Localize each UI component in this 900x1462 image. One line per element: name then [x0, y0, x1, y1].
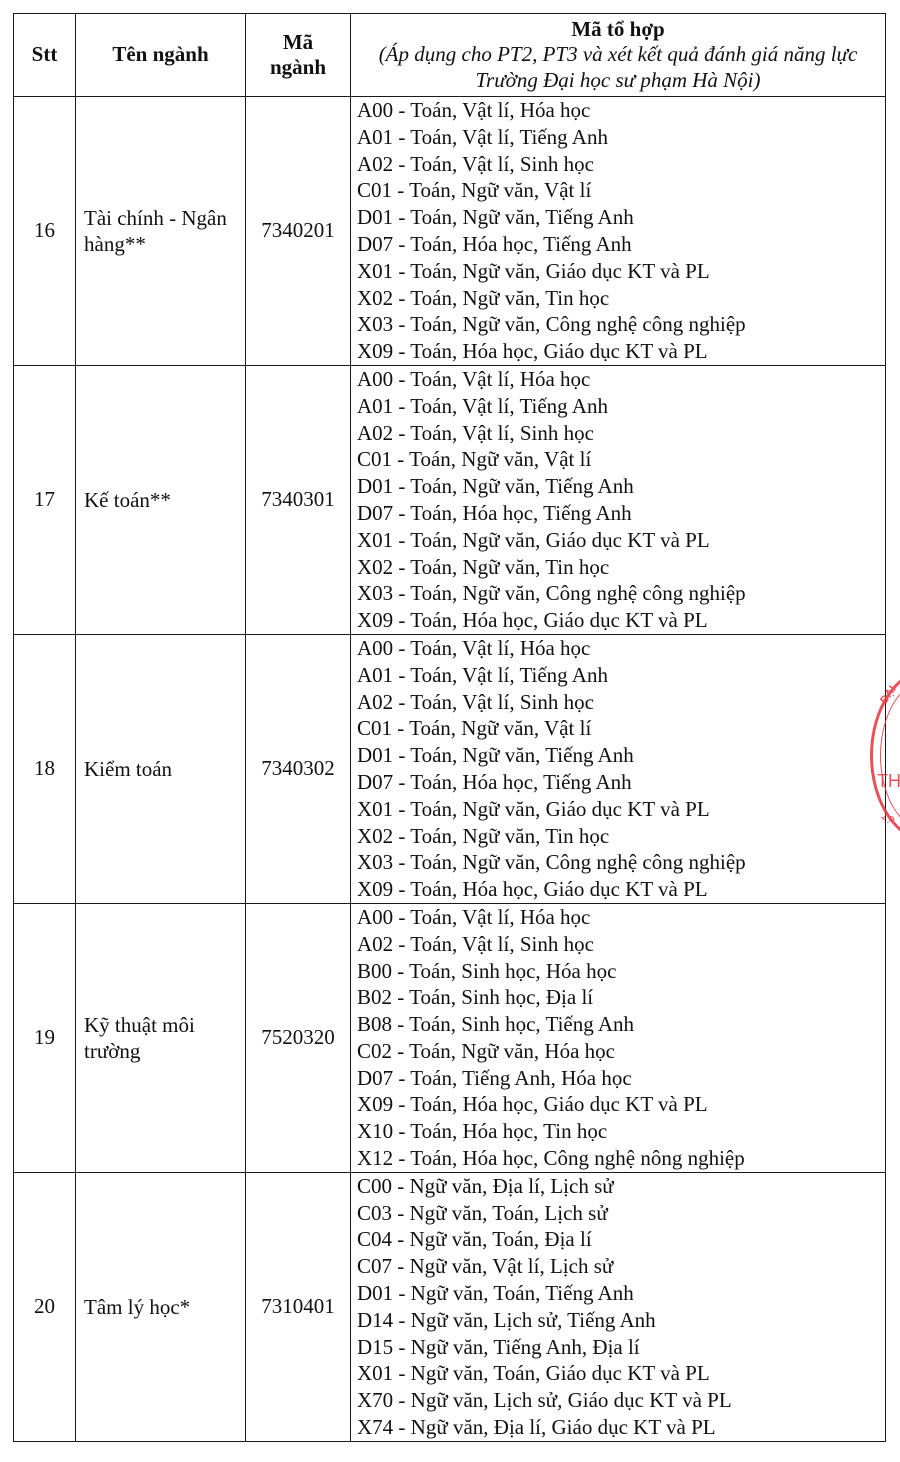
combo-item: D01 - Toán, Ngữ văn, Tiếng Anh [357, 742, 885, 769]
admissions-table: Stt Tên ngành Mã ngành Mã tổ hợp (Áp dụn… [13, 13, 886, 1442]
combo-item: C03 - Ngữ văn, Toán, Lịch sử [357, 1200, 885, 1227]
combo-item: X01 - Toán, Ngữ văn, Giáo dục KT và PL [357, 527, 885, 554]
combo-item: X03 - Toán, Ngữ văn, Công nghệ công nghi… [357, 580, 885, 607]
combo-item: X10 - Toán, Hóa học, Tin học [357, 1118, 885, 1145]
combo-item: C02 - Toán, Ngữ văn, Hóa học [357, 1038, 885, 1065]
combo-item: C07 - Ngữ văn, Vật lí, Lịch sử [357, 1253, 885, 1280]
combo-item: C01 - Toán, Ngữ văn, Vật lí [357, 446, 885, 473]
combo-item: X09 - Toán, Hóa học, Giáo dục KT và PL [357, 338, 885, 365]
combo-item: A02 - Toán, Vật lí, Sinh học [357, 420, 885, 447]
cell-major-code: 7340302 [246, 634, 351, 903]
combo-item: X70 - Ngữ văn, Lịch sử, Giáo dục KT và P… [357, 1387, 885, 1414]
combo-item: X09 - Toán, Hóa học, Giáo dục KT và PL [357, 876, 885, 903]
header-row: Stt Tên ngành Mã ngành Mã tổ hợp (Áp dụn… [14, 14, 886, 97]
combo-item: D14 - Ngữ văn, Lịch sử, Tiếng Anh [357, 1307, 885, 1334]
combo-item: A02 - Toán, Vật lí, Sinh học [357, 151, 885, 178]
header-combo-title: Mã tổ hợp [351, 17, 885, 41]
cell-stt: 17 [14, 365, 76, 634]
combo-item: B00 - Toán, Sinh học, Hóa học [357, 958, 885, 985]
header-code: Mã ngành [246, 14, 351, 97]
combo-item: D15 - Ngữ văn, Tiếng Anh, Địa lí [357, 1334, 885, 1361]
combo-item: A01 - Toán, Vật lí, Tiếng Anh [357, 124, 885, 151]
cell-major-code: 7520320 [246, 903, 351, 1172]
combo-item: D01 - Ngữ văn, Toán, Tiếng Anh [357, 1280, 885, 1307]
cell-stt: 18 [14, 634, 76, 903]
combo-item: A00 - Toán, Vật lí, Hóa học [357, 97, 885, 124]
header-combo: Mã tổ hợp (Áp dụng cho PT2, PT3 và xét k… [351, 14, 886, 97]
table-row: 17Kế toán**7340301A00 - Toán, Vật lí, Hó… [14, 365, 886, 634]
combo-item: X01 - Toán, Ngữ văn, Giáo dục KT và PL [357, 796, 885, 823]
table-row: 16Tài chính - Ngân hàng**7340201A00 - To… [14, 97, 886, 366]
combo-item: X02 - Toán, Ngữ văn, Tin học [357, 554, 885, 581]
combo-item: A00 - Toán, Vật lí, Hóa học [357, 635, 885, 662]
cell-major-name: Tâm lý học* [76, 1172, 246, 1441]
table-row: 19Kỹ thuật môi trường7520320A00 - Toán, … [14, 903, 886, 1172]
header-code-label: Mã ngành [268, 30, 328, 80]
combo-item: X09 - Toán, Hóa học, Giáo dục KT và PL [357, 1091, 885, 1118]
cell-major-name: Kỹ thuật môi trường [76, 903, 246, 1172]
cell-major-code: 7340201 [246, 97, 351, 366]
combo-item: C00 - Ngữ văn, Địa lí, Lịch sử [357, 1173, 885, 1200]
combo-item: D01 - Toán, Ngữ văn, Tiếng Anh [357, 473, 885, 500]
combo-item: X01 - Ngữ văn, Toán, Giáo dục KT và PL [357, 1360, 885, 1387]
combo-item: D07 - Toán, Tiếng Anh, Hóa học [357, 1065, 885, 1092]
combo-item: B02 - Toán, Sinh học, Địa lí [357, 984, 885, 1011]
table-body: 16Tài chính - Ngân hàng**7340201A00 - To… [14, 97, 886, 1442]
cell-major-name: Tài chính - Ngân hàng** [76, 97, 246, 366]
cell-combo-list: C00 - Ngữ văn, Địa lí, Lịch sửC03 - Ngữ … [351, 1172, 886, 1441]
table-row: 18Kiểm toán7340302A00 - Toán, Vật lí, Hó… [14, 634, 886, 903]
table-header: Stt Tên ngành Mã ngành Mã tổ hợp (Áp dụn… [14, 14, 886, 97]
cell-major-name: Kế toán** [76, 365, 246, 634]
cell-major-code: 7340301 [246, 365, 351, 634]
combo-item: X02 - Toán, Ngữ văn, Tin học [357, 823, 885, 850]
combo-item: A01 - Toán, Vật lí, Tiếng Anh [357, 393, 885, 420]
cell-major-name: Kiểm toán [76, 634, 246, 903]
combo-item: A01 - Toán, Vật lí, Tiếng Anh [357, 662, 885, 689]
cell-combo-list: A00 - Toán, Vật lí, Hóa họcA01 - Toán, V… [351, 634, 886, 903]
combo-item: D01 - Toán, Ngữ văn, Tiếng Anh [357, 204, 885, 231]
combo-item: X09 - Toán, Hóa học, Giáo dục KT và PL [357, 607, 885, 634]
combo-item: C04 - Ngữ văn, Toán, Địa lí [357, 1226, 885, 1253]
cell-stt: 19 [14, 903, 76, 1172]
combo-item: X74 - Ngữ văn, Địa lí, Giáo dục KT và PL [357, 1414, 885, 1441]
cell-combo-list: A00 - Toán, Vật lí, Hóa họcA01 - Toán, V… [351, 97, 886, 366]
header-stt: Stt [14, 14, 76, 97]
combo-item: A00 - Toán, Vật lí, Hóa học [357, 904, 885, 931]
combo-item: D07 - Toán, Hóa học, Tiếng Anh [357, 500, 885, 527]
header-name: Tên ngành [76, 14, 246, 97]
cell-major-code: 7310401 [246, 1172, 351, 1441]
combo-item: X02 - Toán, Ngữ văn, Tin học [357, 285, 885, 312]
combo-item: X01 - Toán, Ngữ văn, Giáo dục KT và PL [357, 258, 885, 285]
header-combo-note: (Áp dụng cho PT2, PT3 và xét kết quả đán… [351, 41, 885, 93]
combo-item: X12 - Toán, Hóa học, Công nghệ nông nghi… [357, 1145, 885, 1172]
combo-item: A00 - Toán, Vật lí, Hóa học [357, 366, 885, 393]
cell-combo-list: A00 - Toán, Vật lí, Hóa họcA01 - Toán, V… [351, 365, 886, 634]
cell-stt: 20 [14, 1172, 76, 1441]
table-row: 20Tâm lý học*7310401C00 - Ngữ văn, Địa l… [14, 1172, 886, 1441]
combo-item: A02 - Toán, Vật lí, Sinh học [357, 931, 885, 958]
combo-item: C01 - Toán, Ngữ văn, Vật lí [357, 715, 885, 742]
combo-item: X03 - Toán, Ngữ văn, Công nghệ công nghi… [357, 849, 885, 876]
combo-item: B08 - Toán, Sinh học, Tiếng Anh [357, 1011, 885, 1038]
cell-combo-list: A00 - Toán, Vật lí, Hóa họcA02 - Toán, V… [351, 903, 886, 1172]
combo-item: D07 - Toán, Hóa học, Tiếng Anh [357, 231, 885, 258]
combo-item: D07 - Toán, Hóa học, Tiếng Anh [357, 769, 885, 796]
combo-item: A02 - Toán, Vật lí, Sinh học [357, 689, 885, 716]
combo-item: C01 - Toán, Ngữ văn, Vật lí [357, 177, 885, 204]
cell-stt: 16 [14, 97, 76, 366]
combo-item: X03 - Toán, Ngữ văn, Công nghệ công nghi… [357, 311, 885, 338]
